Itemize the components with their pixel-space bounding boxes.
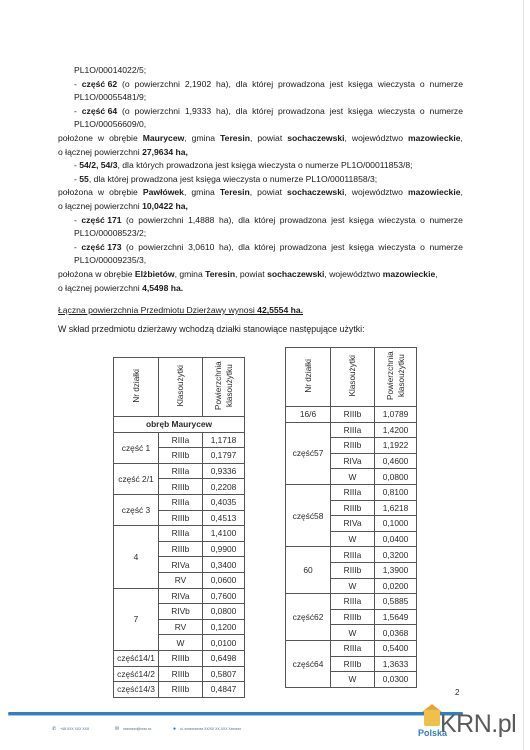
class-area: 0,6498 [203,650,245,666]
land-class: RIIIb [331,656,375,672]
watermark-text: KRN.pl [440,710,516,739]
land-class: W [331,672,375,688]
plot-number: część57 [286,422,331,484]
table-row: część 1RIIIa1,1718 [114,432,245,448]
class-area: 0,1200 [203,619,245,635]
text-line: - 55, dla której prowadzona jest księga … [58,173,463,187]
class-area: 1,3900 [375,562,417,578]
land-class: RIIIb [159,448,203,464]
land-class: RV [159,572,203,588]
land-class: W [159,635,203,651]
table-row: część62RIIIa0,5885 [286,594,417,610]
land-class: RIIIb [331,407,375,423]
table-row: część 2/1RIIIa0,9336 [114,463,245,479]
total-area-summary: Łączna powierzchnia Przedmiotu Dzierżawy… [58,305,303,315]
class-area: 0,3200 [375,547,417,563]
text-line: -część 171(opowierzchni1,4888ha),dlaktór… [58,214,463,228]
plot-number: 7 [114,588,159,650]
text-line: o łącznej powierzchni 4,5498 ha. [58,282,463,296]
header-plot-number: Nr działki [303,359,314,393]
class-area: 1,0789 [375,407,417,423]
text-line: - 54/2, 54/3, dla których prowadzona jes… [58,159,463,173]
table-row: 7RIVa0,7600 [114,588,245,604]
text-line: PL1O/00055481/9; [58,91,463,105]
class-area: 0,4035 [203,494,245,510]
summary-prefix: Łączna powierzchnia Przedmiotu Dzierżawy… [58,305,257,315]
table-row: 16/6RIIIb1,0789 [286,407,417,423]
land-class: RIIIb [331,609,375,625]
body-text: PL1O/00014022/5;-część 62(opowierzchni2,… [58,64,463,295]
map-pin-icon: ● [173,726,176,732]
class-area: 0,1797 [203,448,245,464]
class-area: 1,5649 [375,609,417,625]
land-class: RIIIa [159,526,203,542]
header-class-area: Powierzchnia klasoużytku [213,358,235,414]
land-use-table-right: Nr działki Klasoużytki Powierzchnia klas… [285,347,417,688]
land-class: RIVb [159,604,203,620]
house-icon [424,710,440,726]
plot-number: część14/3 [114,682,159,698]
table-row: część14/3RIIIb0,4847 [114,682,245,698]
table-row: część57RIIIa1,4200 [286,422,417,438]
class-area: 1,3633 [375,656,417,672]
land-class: RIIIb [159,650,203,666]
plot-number: część 1 [114,432,159,463]
text-line: PL1O/00014022/5; [58,64,463,78]
class-area: 0,7600 [203,588,245,604]
plot-number: część 3 [114,494,159,525]
table-row: część14/2RIIIb0,5807 [114,666,245,682]
footer-address: ● ul. xxxxxxxxxxx XX/XX XX-XXX Xxxxxxx [173,726,241,732]
plot-number: część62 [286,594,331,641]
class-area: 0,0400 [375,531,417,547]
text-line: PL1O/00009235/3, [58,254,463,268]
header-plot-number: Nr działki [131,369,142,403]
text-line: położonawobrębiePawłówek,gminaTeresin,po… [58,186,463,200]
table-row: część 3RIIIa0,4035 [114,494,245,510]
plot-number: część58 [286,484,331,546]
text-line: -część 173(opowierzchni3,0610ha),dlaktór… [58,241,463,255]
land-class: W [331,531,375,547]
text-line: o łącznej powierzchni 27,9634 ha, [58,146,463,160]
class-area: 0,8100 [375,484,417,500]
plot-number: 4 [114,526,159,588]
class-area: 0,0800 [375,469,417,485]
mail-icon: ✉ [115,726,119,732]
land-class: RIVa [159,588,203,604]
land-class: RIIIa [159,494,203,510]
land-class: RIVa [331,453,375,469]
header-land-class: Klasoużytki [347,355,358,396]
class-area: 0,4513 [203,510,245,526]
class-area: 0,4847 [203,682,245,698]
land-class: RIIIa [331,640,375,656]
class-area: 1,1718 [203,432,245,448]
class-area: 0,5400 [375,640,417,656]
plot-number: 60 [286,547,331,594]
land-class: RV [159,619,203,635]
land-class: RIIIa [159,432,203,448]
watermark-logo: Polska KRN.pl [418,706,530,746]
text-line: -część 62(opowierzchni2,1902ha),dlaktóre… [58,78,463,92]
table-group-row: obręb Maurycew [114,417,245,433]
class-area: 0,0200 [375,578,417,594]
text-line: o łącznej powierzchni 10,0422 ha, [58,200,463,214]
plot-number: część14/2 [114,666,159,682]
land-class: RIIIa [331,422,375,438]
plot-number: część 2/1 [114,463,159,494]
table-header-row: Nr działki Klasoużytki Powierzchnia klas… [114,358,245,417]
group-label: obręb Maurycew [114,417,245,433]
table-row: część64RIIIa0,5400 [286,640,417,656]
text-line: -część 64(opowierzchni1,9333ha),dlaktóre… [58,105,463,119]
land-class: RIIIb [159,682,203,698]
land-class: RIIIb [159,541,203,557]
class-area: 0,1000 [375,516,417,532]
footer-divider-light [8,715,463,716]
land-class: RIIIb [331,438,375,454]
land-class: RIIIa [159,463,203,479]
class-area: 0,3400 [203,557,245,573]
plot-number: część14/1 [114,650,159,666]
class-area: 0,0800 [203,604,245,620]
land-class: RIIIb [159,666,203,682]
table-row: część14/1RIIIb0,6498 [114,650,245,666]
plot-number: 16/6 [286,407,331,423]
class-area: 0,2208 [203,479,245,495]
land-class: RIVa [159,557,203,573]
text-line: położonewobrębieMaurycew,gminaTeresin,po… [58,132,463,146]
class-area: 0,9336 [203,463,245,479]
land-class: RIIIb [159,479,203,495]
plot-number: część64 [286,640,331,687]
class-area: 0,0100 [203,635,245,651]
table-header-row: Nr działki Klasoużytki Powierzchnia klas… [286,348,417,407]
page-edge [523,0,524,750]
header-land-class: Klasoużytki [175,365,186,406]
document-page: PL1O/00014022/5;-część 62(opowierzchni2,… [0,0,530,750]
class-area: 0,5885 [375,594,417,610]
summary-value: 42,5554 ha. [257,305,303,315]
class-area: 0,0600 [203,572,245,588]
land-class: RIIIa [331,594,375,610]
land-class: W [331,578,375,594]
land-class: RIIIb [331,500,375,516]
table-intro: W skład przedmiotu dzierżawy wchodzą dzi… [58,324,365,334]
class-area: 0,4600 [375,453,417,469]
table-row: 4RIIIa1,4100 [114,526,245,542]
phone-icon: ✆ [52,726,56,732]
class-area: 0,5807 [203,666,245,682]
land-class: RIIIa [331,484,375,500]
text-line: PL1O/00008523/2; [58,227,463,241]
land-class: RIIIb [159,510,203,526]
class-area: 1,4100 [203,526,245,542]
table-row: 60RIIIa0,3200 [286,547,417,563]
table-row: część58RIIIa0,8100 [286,484,417,500]
header-class-area: Powierzchnia klasoużytku [385,348,407,404]
land-class: W [331,469,375,485]
page-number: 2 [455,688,459,697]
land-class: RIIIb [331,562,375,578]
land-class: RIIIa [331,547,375,563]
land-use-table-left: Nr działki Klasoużytki Powierzchnia klas… [113,357,245,698]
footer-phone: ✆ +48 XXX XXX XXX [52,726,89,732]
class-area: 1,1922 [375,438,417,454]
land-class: W [331,625,375,641]
text-line: PL1O/00056609/0, [58,118,463,132]
footer-email: ✉ xxxxxxxx@xxxx.xx [115,726,151,732]
land-class: RIVa [331,516,375,532]
class-area: 0,9900 [203,541,245,557]
class-area: 1,4200 [375,422,417,438]
class-area: 0,0300 [375,672,417,688]
text-line: położona w obrębie Elżbietów, gmina Tere… [58,268,463,282]
class-area: 1,6218 [375,500,417,516]
class-area: 0,0368 [375,625,417,641]
